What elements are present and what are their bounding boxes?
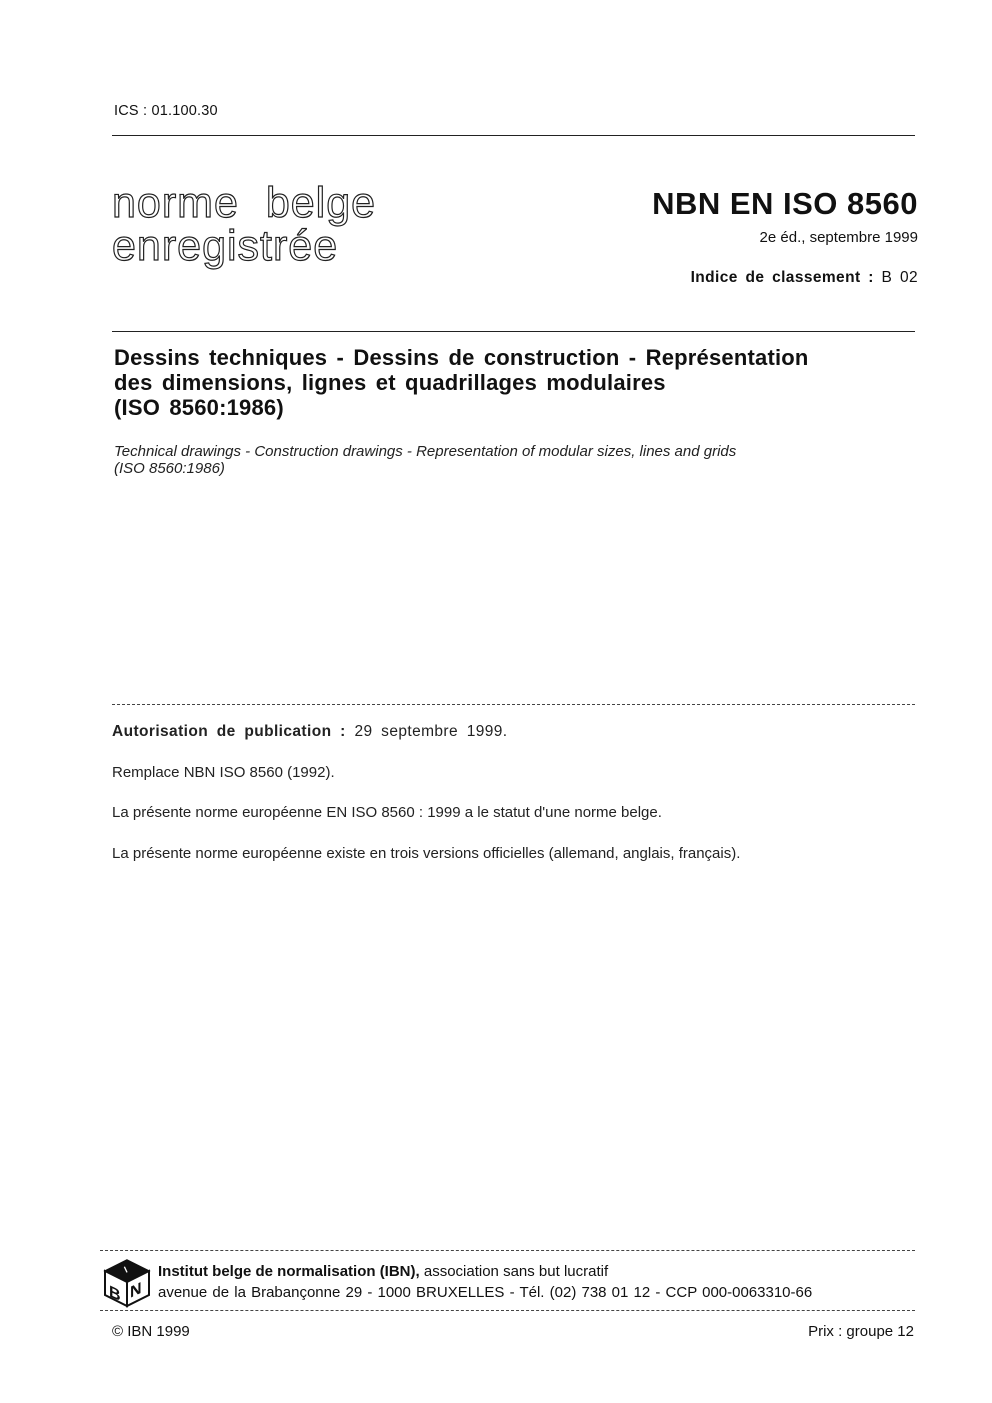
title-rule-top <box>112 331 915 332</box>
price-group: Prix : groupe 12 <box>808 1323 914 1340</box>
classification-label: Indice de classement : <box>691 269 874 286</box>
title-french-line: des dimensions, lignes et quadrillages m… <box>114 370 924 395</box>
header-rule <box>112 135 915 136</box>
authorization-label: Autorisation de publication : <box>112 723 346 740</box>
authorization-date: 29 septembre 1999. <box>354 723 507 740</box>
ibn-cube-logo-icon: I B N <box>102 1258 152 1308</box>
institute-name: Institut belge de normalisation (IBN), a… <box>158 1263 608 1280</box>
status-note: La présente norme européenne EN ISO 8560… <box>112 804 662 821</box>
title-french-line: (ISO 8560:1986) <box>114 395 924 420</box>
institute-description: association sans but lucratif <box>420 1263 608 1280</box>
title-english-line: (ISO 8560:1986) <box>114 460 914 477</box>
ics-code: ICS : 01.100.30 <box>114 103 218 119</box>
title-english: Technical drawings - Construction drawin… <box>114 443 914 477</box>
footer-rule-bottom <box>100 1310 915 1311</box>
institute-title: Institut belge de normalisation (IBN), <box>158 1263 420 1280</box>
replaces-note: Remplace NBN ISO 8560 (1992). <box>112 764 335 781</box>
edition-date: 2e éd., septembre 1999 <box>760 229 918 246</box>
versions-note: La présente norme européenne existe en t… <box>112 845 740 862</box>
title-french: Dessins techniques - Dessins de construc… <box>114 345 924 420</box>
brand-line-2: enregistrée <box>112 225 338 268</box>
classification-index: Indice de classement : B 02 <box>691 269 918 287</box>
footer-rule-top <box>100 1250 915 1251</box>
copyright: © IBN 1999 <box>112 1323 190 1340</box>
brand-line-1: norme belge <box>112 182 376 225</box>
body-rule-top <box>112 704 915 705</box>
title-french-line: Dessins techniques - Dessins de construc… <box>114 345 924 370</box>
institute-address: avenue de la Brabançonne 29 - 1000 BRUXE… <box>158 1284 812 1301</box>
publication-authorization: Autorisation de publication : 29 septemb… <box>112 723 508 741</box>
classification-value: B 02 <box>882 269 919 286</box>
title-english-line: Technical drawings - Construction drawin… <box>114 443 914 460</box>
standard-code: NBN EN ISO 8560 <box>652 186 918 222</box>
